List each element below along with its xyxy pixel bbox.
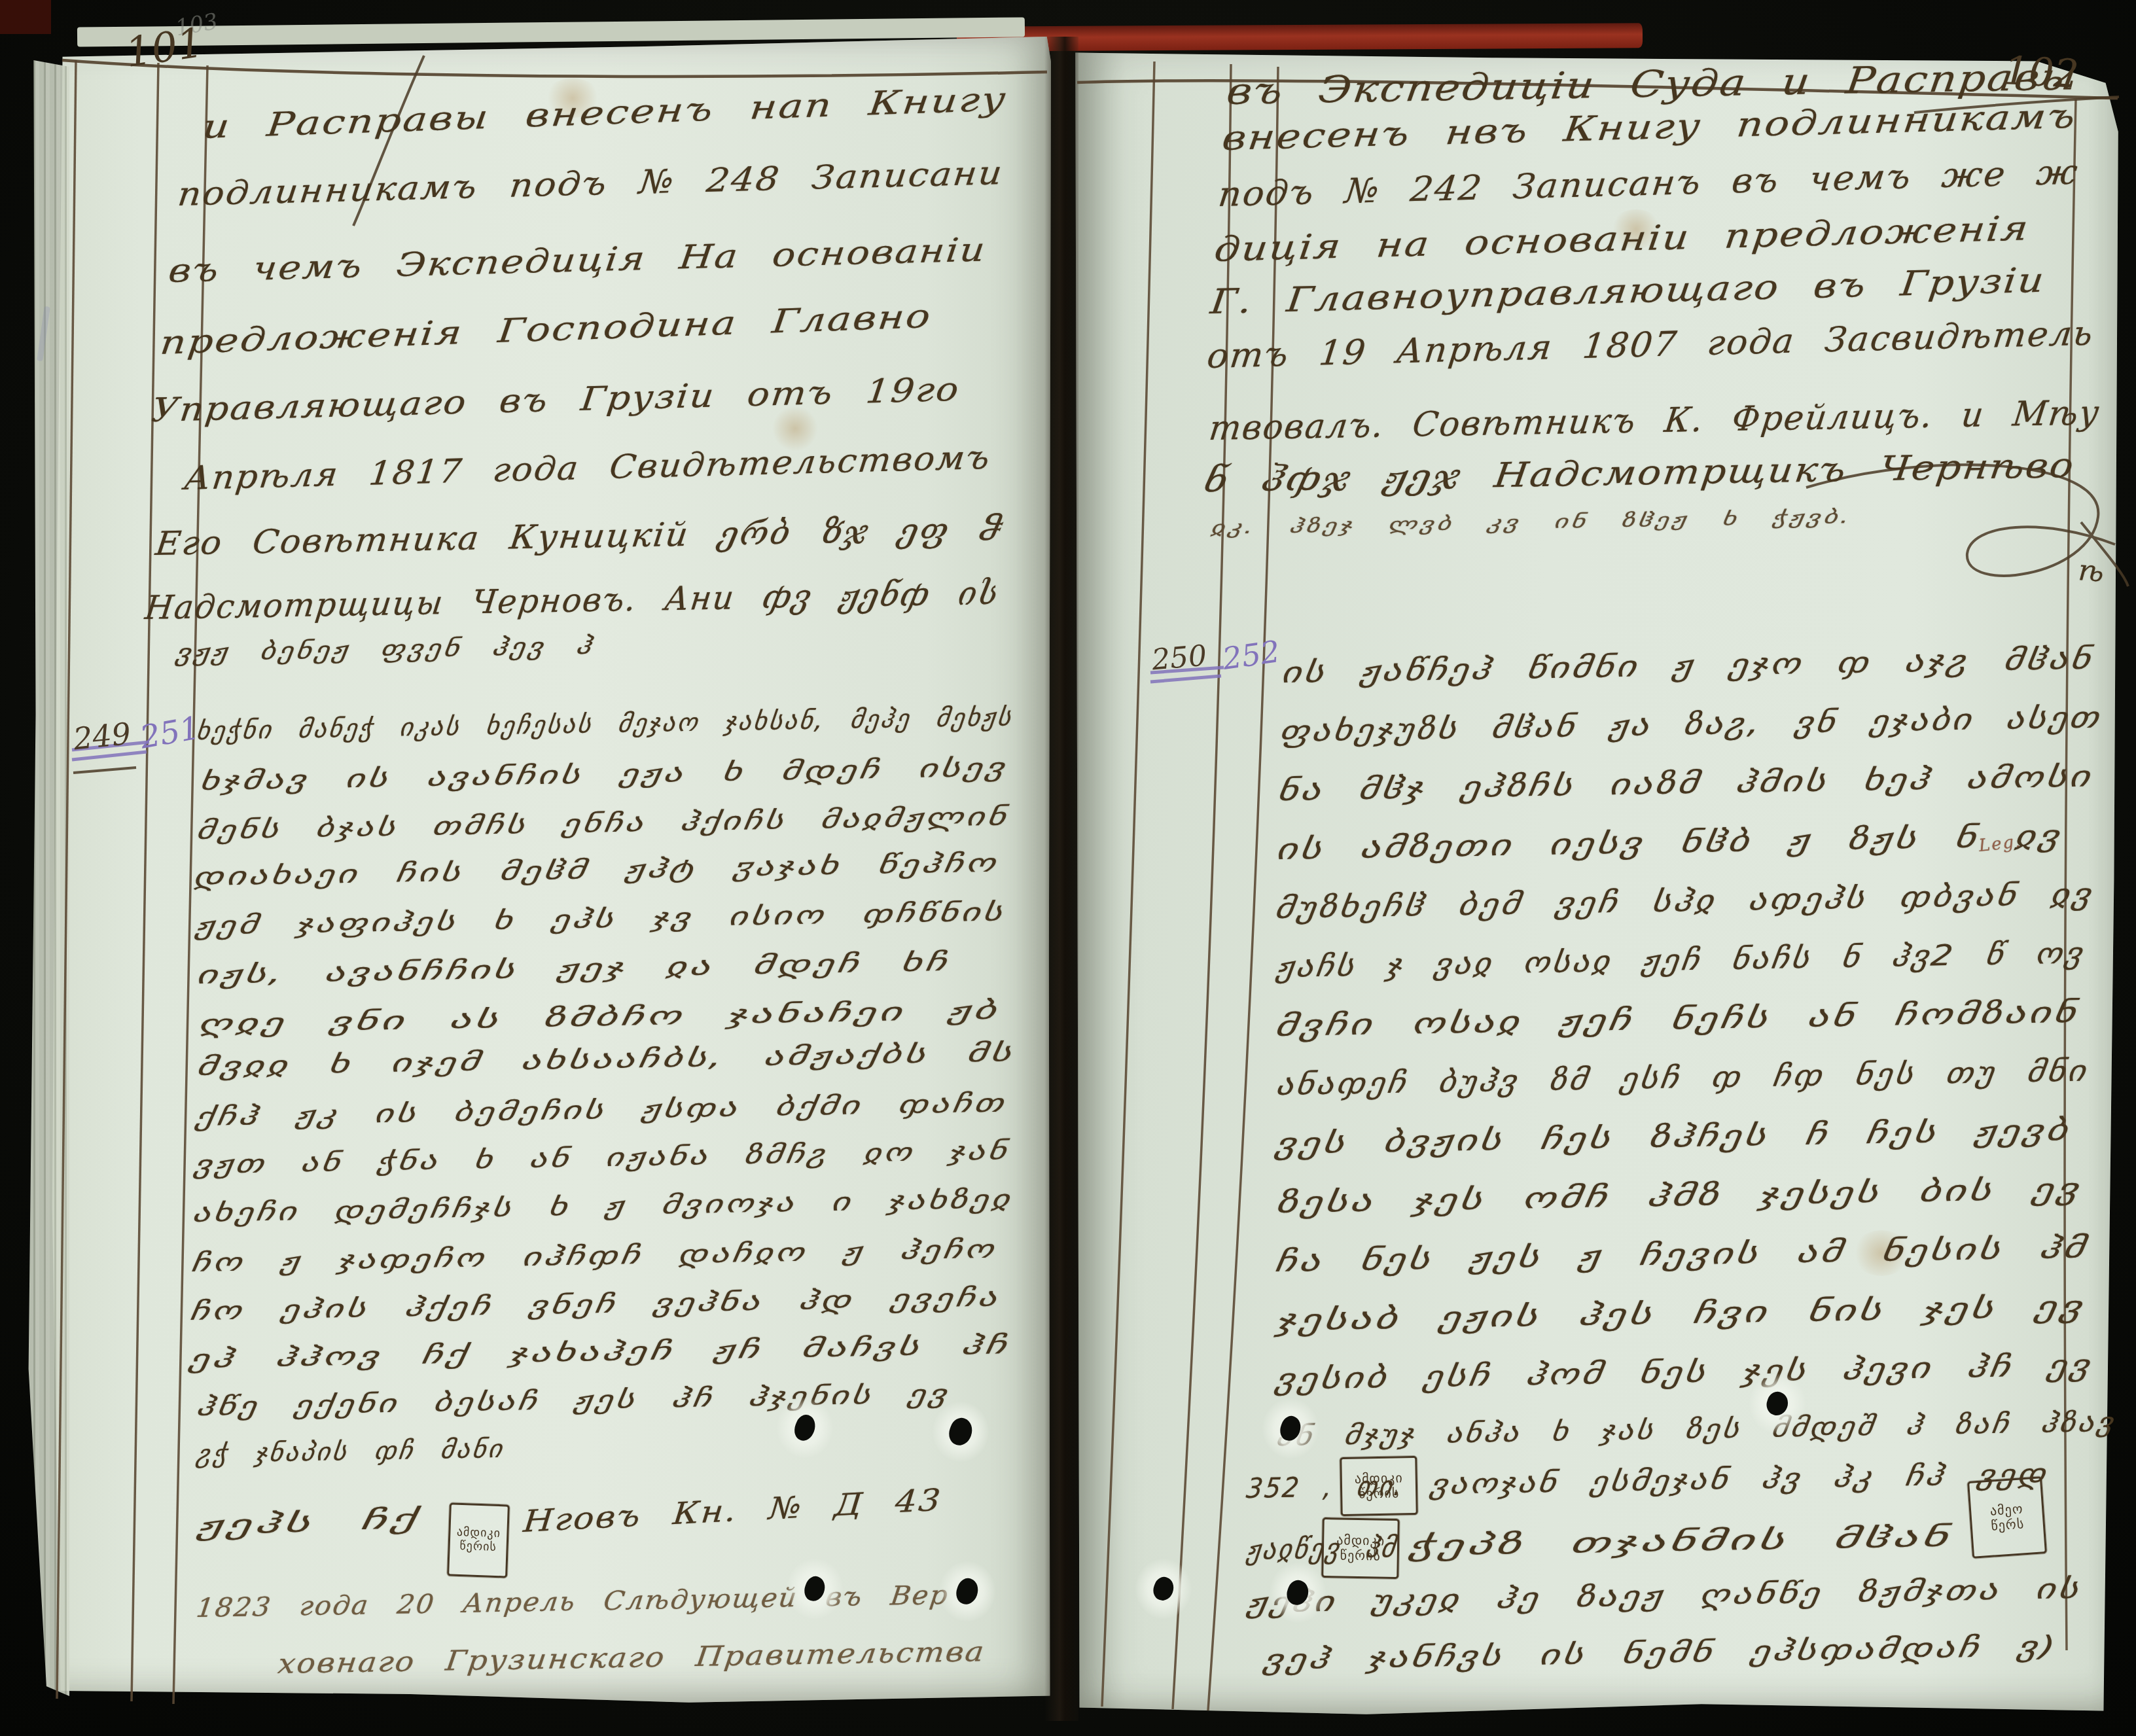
manuscript-line: ჷჭ ჯნაპის ჶჩ მანი [194, 1434, 506, 1468]
left-margin-old-number: 249 [71, 716, 132, 757]
stamp-text-row: წერის [459, 1540, 497, 1555]
gutter-shadow [1044, 37, 1078, 1721]
manuscript-scan: 103 101 102 249 251 250 252 Leg. ѣ ამდიკ… [0, 0, 2136, 1736]
stamp-text-row: წერს [1991, 1516, 2025, 1533]
stray-ink-glyph: ѣ [2077, 554, 2106, 589]
page-edge-stack [18, 60, 69, 1696]
manuscript-line: 352 , თი. [1245, 1470, 1406, 1504]
manuscript-line: ჟაჲწევ ჰმ [1245, 1531, 1399, 1566]
stamp-box: ამდიკი წერის [447, 1502, 510, 1578]
right-margin-old-number: 250 [1150, 639, 1208, 677]
cover-corner-red [0, 0, 51, 34]
